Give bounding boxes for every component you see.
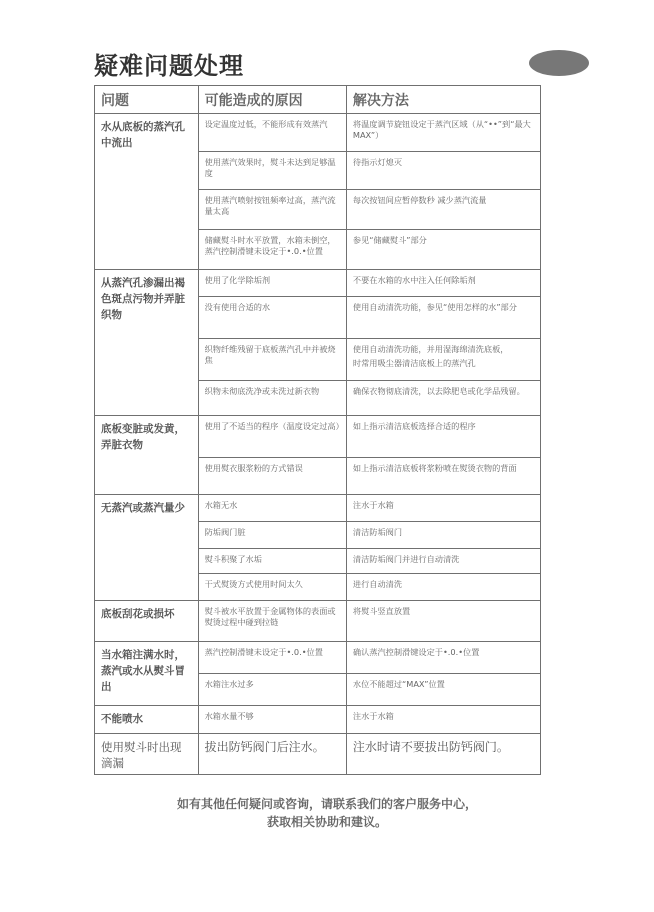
header-solution: 解决方法 [346, 86, 540, 114]
cause-cell: 使用蒸汽效果时，熨斗未达到足够温度 [198, 152, 346, 190]
solution-cell: 进行自动清洗 [346, 574, 540, 601]
table-row: 从蒸汽孔渗漏出褐色斑点污物并弄脏织物 使用了化学除垢剂 不要在水箱的水中注入任何… [95, 270, 541, 297]
cause-cell: 使用了化学除垢剂 [198, 270, 346, 297]
solution-cell: 确保衣物彻底清洗，以去除肥皂或化学品残留。 [346, 381, 540, 416]
cause-cell: 织物未彻底洗净或未洗过新衣物 [198, 381, 346, 416]
table-row: 当水箱注满水时，蒸汽或水从熨斗冒出 蒸汽控制滑键未设定于•.0.•位置 确认蒸汽… [95, 642, 541, 674]
cause-cell: 熨斗被水平放置于金属物体的表面或熨烫过程中碰到拉链 [198, 601, 346, 642]
cause-cell: 使用熨衣服浆粉的方式错误 [198, 458, 346, 495]
cause-cell: 使用蒸汽喷射按钮频率过高，蒸汽流量太高 [198, 190, 346, 230]
solution-cell: 清洁防垢阀门并进行自动清洗 [346, 549, 540, 574]
solution-cell: 水位不能超过“MAX”位置 [346, 674, 540, 706]
header-cause: 可能造成的原因 [198, 86, 346, 114]
solution-cell: 如上指示清洁底板将浆粉喷在熨烫衣物的背面 [346, 458, 540, 495]
page-title: 疑难问题处理 [94, 46, 244, 81]
table-header-row: 问题 可能造成的原因 解决方法 [95, 86, 541, 114]
cause-cell: 设定温度过低，不能形成有效蒸汽 [198, 114, 346, 152]
solution-cell: 使用自动清洗功能，并用湿海绵清洗底板， 时常用吸尘器清洁底板上的蒸汽孔 [346, 339, 540, 381]
solution-cell: 确认蒸汽控制滑键设定于•.0.•位置 [346, 642, 540, 674]
solution-cell: 不要在水箱的水中注入任何除垢剂 [346, 270, 540, 297]
cause-cell: 使用了不适当的程序（温度设定过高） [198, 416, 346, 458]
table-row: 使用熨斗时出现滴漏 拔出防钙阀门后注水。 注水时请不要拔出防钙阀门。 [95, 734, 541, 775]
cause-cell: 没有使用合适的水 [198, 297, 346, 339]
problem-cell: 不能喷水 [95, 706, 199, 734]
table-row: 底板变脏或发黄，弄脏衣物 使用了不适当的程序（温度设定过高） 如上指示清洁底板选… [95, 416, 541, 458]
header-problem: 问题 [95, 86, 199, 114]
problem-cell: 无蒸汽或蒸汽量少 [95, 495, 199, 601]
solution-cell: 注水时请不要拔出防钙阀门。 [346, 734, 540, 775]
cause-cell: 储藏熨斗时水平放置，水箱未倒空，蒸汽控制滑键未设定于•.0.•位置 [198, 230, 346, 270]
cause-cell: 织物纤维残留于底板蒸汽孔中并被烧焦 [198, 339, 346, 381]
problem-cell: 当水箱注满水时，蒸汽或水从熨斗冒出 [95, 642, 199, 706]
footer-line-1: 如有其他任何疑问或咨询，请联系我们的客户服务中心， [0, 795, 654, 813]
problem-cell: 从蒸汽孔渗漏出褐色斑点污物并弄脏织物 [95, 270, 199, 416]
cause-cell: 干式熨烫方式使用时间太久 [198, 574, 346, 601]
solution-cell: 清洁防垢阀门 [346, 522, 540, 549]
cause-cell: 熨斗积聚了水垢 [198, 549, 346, 574]
table-row: 底板刮花或损坏 熨斗被水平放置于金属物体的表面或熨烫过程中碰到拉链 将熨斗竖直放… [95, 601, 541, 642]
cause-cell: 水箱水量不够 [198, 706, 346, 734]
cause-cell: 防垢阀门脏 [198, 522, 346, 549]
cause-cell: 蒸汽控制滑键未设定于•.0.•位置 [198, 642, 346, 674]
solution-cell: 注水于水箱 [346, 495, 540, 522]
footer-line-2: 获取相关协助和建议。 [0, 813, 654, 831]
cause-cell: 水箱注水过多 [198, 674, 346, 706]
solution-cell: 待指示灯熄灭 [346, 152, 540, 190]
solution-cell: 注水于水箱 [346, 706, 540, 734]
solution-cell: 每次按钮间应暂停数秒 减少蒸汽流量 [346, 190, 540, 230]
solution-line: 时常用吸尘器清洁底板上的蒸汽孔 [353, 358, 534, 369]
solution-cell: 将温度调节旋钮设定于蒸汽区域（从“••”到“最大MAX”） [346, 114, 540, 152]
table-row: 无蒸汽或蒸汽量少 水箱无水 注水于水箱 [95, 495, 541, 522]
section-tab-marker [529, 50, 589, 76]
solution-cell: 参见“储藏熨斗”部分 [346, 230, 540, 270]
cause-cell: 拔出防钙阀门后注水。 [198, 734, 346, 775]
cause-cell: 水箱无水 [198, 495, 346, 522]
problem-cell: 水从底板的蒸汽孔中流出 [95, 114, 199, 270]
solution-line: 使用自动清洗功能，并用湿海绵清洗底板， [353, 344, 534, 355]
table-row: 不能喷水 水箱水量不够 注水于水箱 [95, 706, 541, 734]
solution-cell: 使用自动清洗功能，参见“使用怎样的水”部分 [346, 297, 540, 339]
contact-footer: 如有其他任何疑问或咨询，请联系我们的客户服务中心， 获取相关协助和建议。 [0, 795, 654, 831]
solution-cell: 将熨斗竖直放置 [346, 601, 540, 642]
troubleshooting-table: 问题 可能造成的原因 解决方法 水从底板的蒸汽孔中流出 设定温度过低，不能形成有… [94, 85, 541, 775]
table-row: 水从底板的蒸汽孔中流出 设定温度过低，不能形成有效蒸汽 将温度调节旋钮设定于蒸汽… [95, 114, 541, 152]
problem-cell: 底板变脏或发黄，弄脏衣物 [95, 416, 199, 495]
solution-cell: 如上指示清洁底板选择合适的程序 [346, 416, 540, 458]
problem-cell: 底板刮花或损坏 [95, 601, 199, 642]
problem-cell: 使用熨斗时出现滴漏 [95, 734, 199, 775]
